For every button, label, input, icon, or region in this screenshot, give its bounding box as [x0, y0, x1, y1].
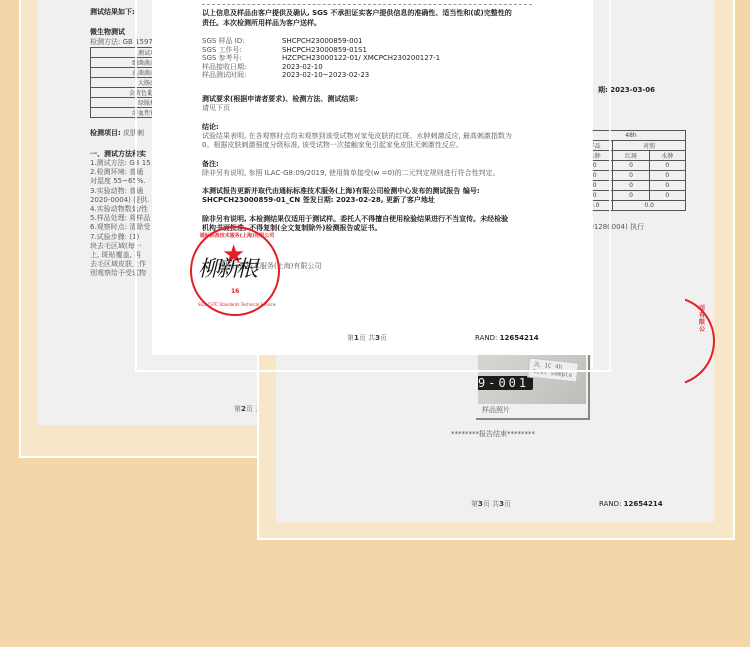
notice-1: 除非另有说明, 本检测结果仅适用于测试样。委托人不得擅自使用检验结果进行不当宣传…	[202, 215, 508, 224]
page1-rand: RAND: 12654214	[475, 334, 539, 343]
page1-footer-page: 第1页 共3页	[347, 334, 387, 343]
method-line: 7.试验步骤: (1)	[90, 233, 139, 242]
remark-heading: 备注:	[202, 160, 219, 169]
stamp-text-vertical-right: 司有限公	[699, 305, 707, 333]
remark: 除非另有说明, 参照 ILAC-G8:09/2019, 使用简单接受(w =0)…	[202, 169, 500, 178]
method-line: 块去毛区域(每一	[90, 242, 142, 251]
conclusion-2: 0。根据皮肤刺激强度分级标准, 该受试物一次接触家兔引起家兔皮肤无刺激性反应。	[202, 141, 463, 150]
signature: 柳新根	[198, 252, 255, 283]
results-heading: 测试结果如下:	[90, 8, 135, 17]
conclusion-heading: 结论:	[202, 123, 219, 132]
req-heading: 测试要求(根据申请者要求)、检测方法、测试结果:	[202, 95, 358, 104]
stamp-ring-text: 通标标准技术服务(上海)有限公司	[198, 232, 276, 239]
separator	[202, 4, 532, 5]
disclaimer: 以上信息及样品由客户提供及确认, SGS 不承担证实客户提供信息的准确性、适当性…	[202, 9, 512, 18]
stamp-ring-en: SGS-CSTC Standards Technical Services (S…	[198, 302, 276, 307]
field-label: 样品测试时间:	[202, 71, 246, 80]
item-label: 检测项目:	[90, 129, 121, 137]
page3-footer-page: 第3页 共3页	[471, 500, 511, 509]
page1-sheet: 以上信息及样品由客户提供及确认, SGS 不承担证实客户提供信息的准确性、适当性…	[152, 0, 592, 355]
page3-rand: RAND: 12654214	[599, 500, 663, 509]
field-value: 2023-02-10~2023-02-23	[282, 71, 369, 80]
report-end: ********报告结束********	[451, 430, 535, 439]
stamp-number: 16	[231, 288, 239, 295]
update-1: 本测试报告更新并取代由通标标准技术服务(上海)有限公司检测中心发布的测试报告 编…	[202, 187, 480, 196]
method-line: 上, 斑贴覆盖, 再	[90, 251, 141, 260]
conclusion-1: 试验结果表明, 在各观察时点均未观察到该受试物对家兔皮肤的红斑、水肿刺激反应, …	[202, 132, 512, 141]
frame-edge	[591, 0, 593, 372]
frame-edge	[152, 0, 154, 355]
req-value: 请见下页	[202, 104, 230, 113]
photo-caption: 样品照片	[482, 406, 510, 415]
update-2: SHCPCH23000859-01_CN 签发日期: 2023-02-28, 更…	[202, 196, 435, 205]
micro-heading: 微生物测试	[90, 28, 125, 37]
disclaimer-2: 责任。本次检测所用样品为客户送样。	[202, 19, 321, 28]
frame-edge	[135, 370, 611, 372]
